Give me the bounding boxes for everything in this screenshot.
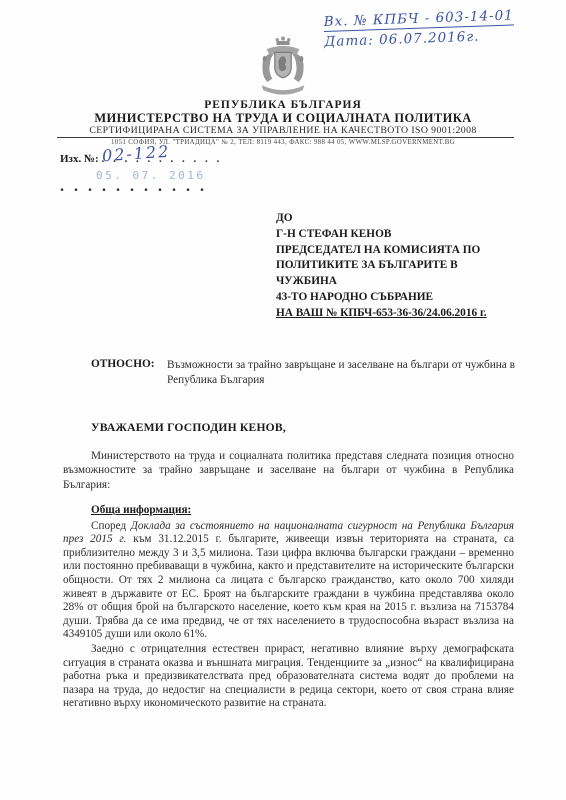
statistics-paragraph-prefix: Според — [91, 520, 131, 532]
addressee-line: Г-Н СТЕФАН КЕНОВ — [276, 227, 552, 243]
salutation: УВАЖАЕМИ ГОСПОДИН КЕНОВ, — [91, 421, 286, 434]
letterhead-address: 1051 СОФИЯ, УЛ. "ТРИАДИЦА" № 2, ТЕЛ: 811… — [0, 139, 566, 146]
letterhead-ministry: МИНИСТЕРСТВО НА ТРУДА И СОЦИАЛНАТА ПОЛИТ… — [0, 111, 566, 126]
handwritten-incoming-date: Дата: 06.07.2016г. — [324, 29, 480, 50]
handwritten-incoming-note: Вх. № КПБЧ - 603-14-01 Дата: 06.07.2016г… — [323, 4, 556, 52]
addressee-line: ПОЛИТИКИТЕ ЗА БЪЛГАРИТЕ В — [276, 258, 552, 274]
date-dotted-line: . . . . . . . . . . . . . . . . . . . . … — [60, 178, 220, 192]
subject-row: ОТНОСНО: Възможности за трайно завръщане… — [63, 358, 515, 388]
your-reference-number: НА ВАШ № КПБЧ-653-36-36/24.06.2016 г. — [276, 306, 552, 322]
letterhead-divider — [57, 137, 514, 138]
general-info-section: Обща информация: Според Доклада за състо… — [63, 504, 514, 711]
subject-label: ОТНОСНО: — [91, 358, 161, 388]
outgoing-ref-label: Изх. №: — [60, 153, 99, 165]
document-page: Вх. № КПБЧ - 603-14-01 Дата: 06.07.2016г… — [0, 0, 566, 800]
statistics-paragraph-rest: към 31.12.2015 г. българите, живеещи изв… — [63, 533, 514, 640]
addressee-line: ЧУЖБИНА — [276, 274, 552, 290]
addressee-line: ПРЕДСЕДАТЕЛ НА КОМИСИЯТА ПО — [276, 243, 552, 259]
intro-paragraph: Министерството на труда и социалната пол… — [63, 449, 514, 492]
handwritten-incoming-number: Вх. № КПБЧ - 603-14-01 — [323, 7, 514, 32]
letterhead-republic: РЕПУБЛИКА БЪЛГАРИЯ — [0, 99, 566, 111]
letterhead-certification: СЕРТИФИЦИРАНА СИСТЕМА ЗА УПРАВЛЕНИЕ НА К… — [0, 125, 566, 136]
migration-paragraph: Заедно с отрицателния естествен прираст,… — [63, 643, 514, 711]
addressee-line: ДО — [276, 211, 552, 227]
section-heading: Обща информация: — [91, 504, 514, 518]
statistics-paragraph: Според Доклада за състоянието на национа… — [63, 520, 514, 642]
addressee-block: ДО Г-Н СТЕФАН КЕНОВ ПРЕДСЕДАТЕЛ НА КОМИС… — [276, 211, 552, 322]
bulgarian-coat-of-arms-icon — [241, 36, 325, 100]
subject-text: Възможности за трайно завръщане и заселв… — [167, 358, 515, 388]
addressee-line: 43-ТО НАРОДНО СЪБРАНИЕ — [276, 290, 552, 306]
